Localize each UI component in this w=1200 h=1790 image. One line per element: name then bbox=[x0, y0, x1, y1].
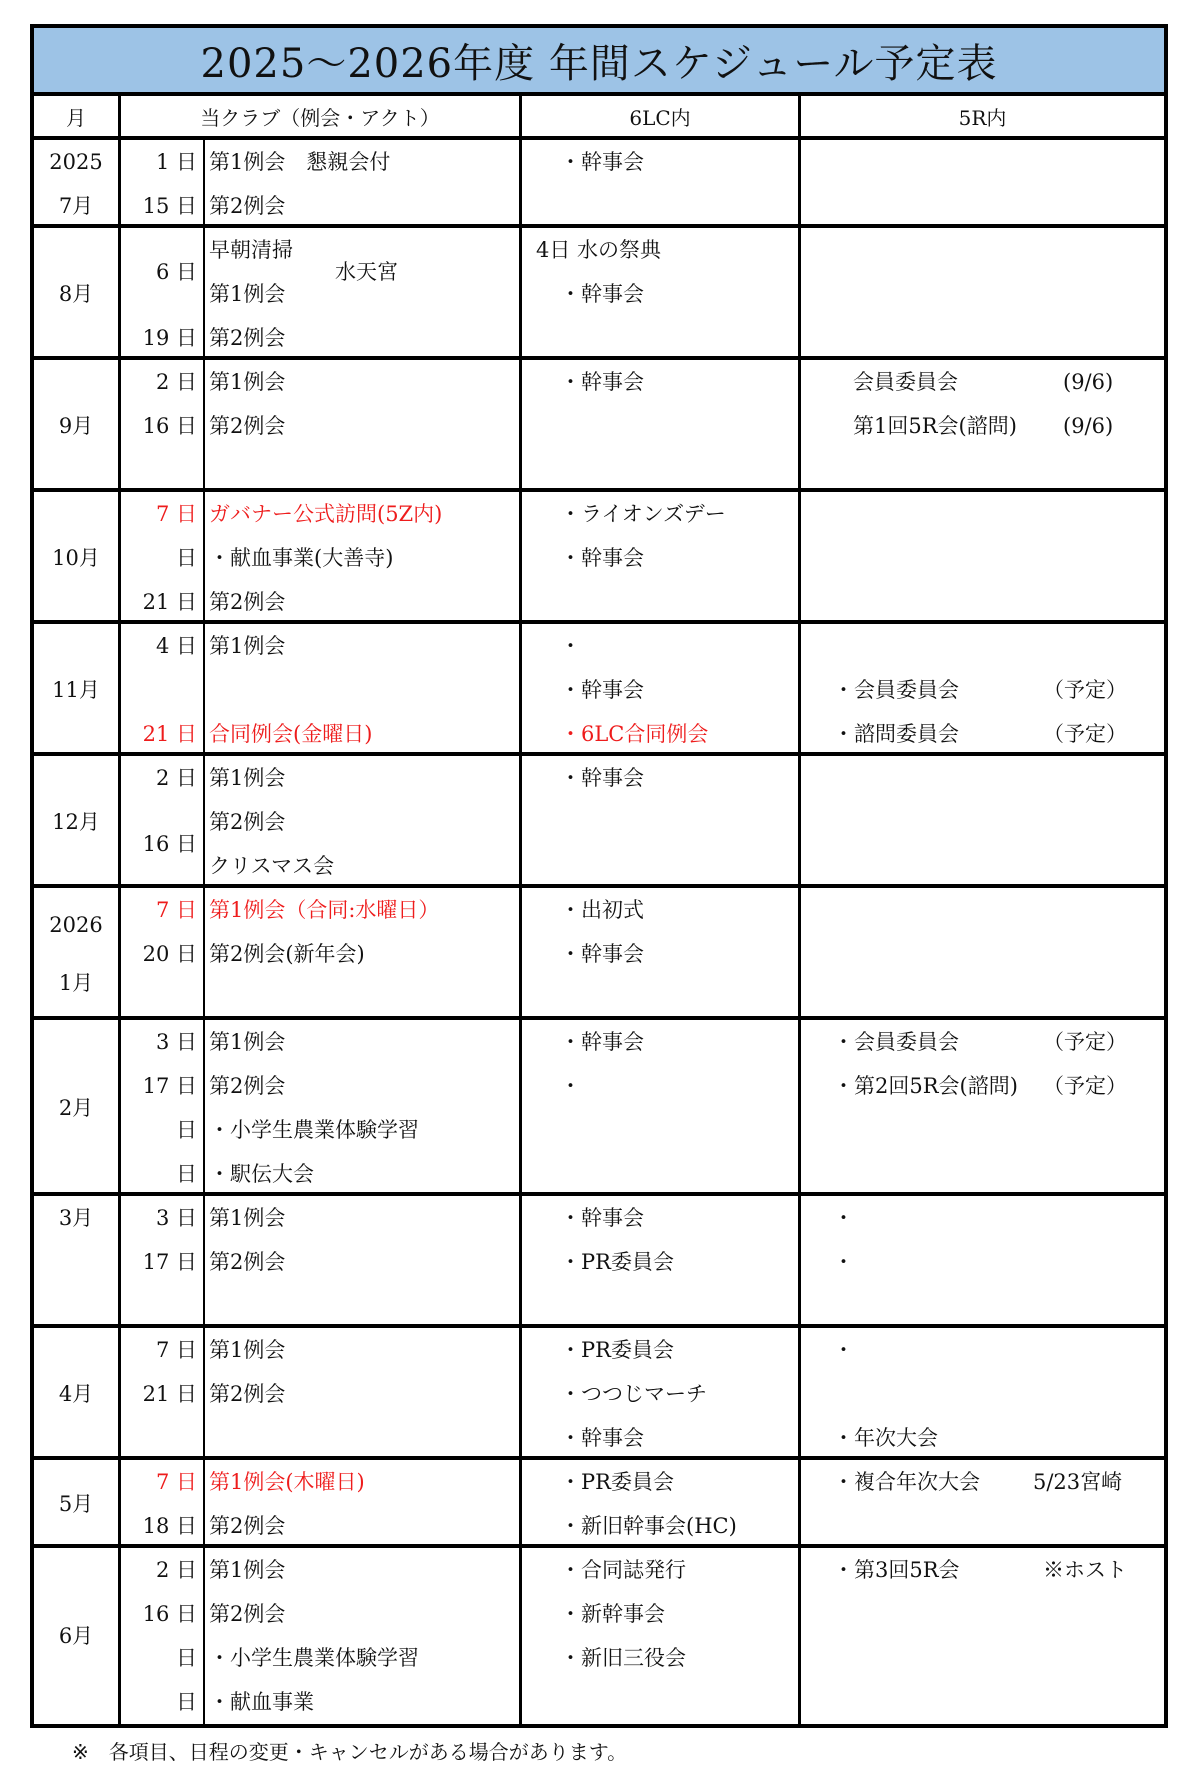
lc-item: ・ライオンズデー bbox=[522, 492, 798, 536]
event-cell: 第1例会(木曜日)第2例会 bbox=[203, 1460, 519, 1548]
month-label-cell: 6月 bbox=[34, 1548, 118, 1724]
r5-cell bbox=[798, 888, 1164, 1020]
r5-item-label: 会員委員会 bbox=[853, 360, 1063, 404]
event-date: 3 日 bbox=[121, 1020, 203, 1064]
club-event: 第2例会 bbox=[205, 184, 519, 228]
lc-cell: ・合同誌発行・新幹事会・新旧三役会 bbox=[519, 1548, 798, 1724]
lc-item: ・出初式 bbox=[522, 888, 798, 932]
month-label: 2026 bbox=[49, 903, 102, 947]
lc-item: ・新旧幹事会(HC) bbox=[522, 1504, 798, 1548]
club-event bbox=[205, 448, 519, 492]
event-date bbox=[121, 1284, 203, 1328]
club-event: 第1例会 bbox=[205, 360, 519, 404]
event-date bbox=[121, 448, 203, 492]
club-event: 第2例会 bbox=[205, 1240, 519, 1284]
lc-item: ・幹事会 bbox=[522, 1416, 798, 1460]
r5-item-note: （予定） bbox=[1043, 1020, 1127, 1064]
lc-item: ・幹事会 bbox=[522, 536, 798, 580]
month-row: 11月4 日21 日第1例会合同例会(金曜日)・・幹事会・6LC合同例会・会員委… bbox=[34, 624, 1164, 756]
r5-cell: ・・ bbox=[798, 1196, 1164, 1328]
lc-cell: 4日 水の祭典・幹事会 bbox=[519, 228, 798, 360]
month-label-cell: 4月 bbox=[34, 1328, 118, 1460]
month-label-cell: 9月 bbox=[34, 360, 118, 492]
lc-item: ・PR委員会 bbox=[522, 1328, 798, 1372]
lc-item bbox=[522, 1680, 798, 1724]
event-date: 16 日 bbox=[121, 404, 203, 448]
month-label: 6月 bbox=[59, 1614, 93, 1658]
club-event: ・駅伝大会 bbox=[205, 1152, 519, 1196]
r5-item-note: （予定） bbox=[1043, 1064, 1127, 1108]
club-event bbox=[205, 668, 519, 712]
lc-item: ・幹事会 bbox=[522, 360, 798, 404]
month-row: 3月3 日17 日第1例会第2例会・幹事会・PR委員会・・ bbox=[34, 1196, 1164, 1328]
header-6lc: 6LC内 bbox=[519, 96, 798, 136]
r5-cell bbox=[798, 492, 1164, 624]
date-cell: 7 日21 日 bbox=[118, 1328, 203, 1460]
r5-item-label: ・複合年次大会 bbox=[833, 1460, 1033, 1504]
club-event: 第1例会 bbox=[205, 1548, 519, 1592]
r5-item-label: 第1回5R会(諮問) bbox=[853, 404, 1063, 448]
r5-item-label: ・年次大会 bbox=[833, 1416, 1043, 1460]
event-date: 2 日 bbox=[121, 1548, 203, 1592]
club-event: ガバナー公式訪問(5Z内) bbox=[205, 492, 519, 536]
r5-item-label: ・ bbox=[833, 1240, 1043, 1284]
r5-item bbox=[801, 1372, 1164, 1416]
lc-item: ・幹事会 bbox=[522, 756, 798, 800]
club-event: 第1例会 bbox=[205, 624, 519, 668]
lc-item bbox=[522, 1108, 798, 1152]
month-label: 2025 bbox=[49, 140, 102, 184]
r5-item: ・会員委員会（予定） bbox=[801, 1020, 1164, 1064]
month-label-cell: 2月 bbox=[34, 1020, 118, 1196]
lc-item: ・6LC合同例会 bbox=[522, 712, 798, 756]
club-event: 第1例会 bbox=[205, 756, 519, 800]
r5-item-label: ・ bbox=[833, 1328, 1043, 1372]
month-label: 5月 bbox=[59, 1482, 93, 1526]
club-event bbox=[205, 976, 519, 1020]
lc-item bbox=[522, 580, 798, 624]
month-label: 9月 bbox=[59, 404, 93, 448]
event-date: 2 日 bbox=[121, 756, 203, 800]
event-cell: 第1例会第2例会 bbox=[203, 1196, 519, 1328]
event-date: 16 日 bbox=[121, 822, 203, 866]
month-label-cell: 3月 bbox=[34, 1196, 118, 1328]
event-date: 16 日 bbox=[121, 1592, 203, 1636]
r5-item: ・第3回5R会※ホスト bbox=[801, 1548, 1164, 1592]
event-date: 6 日 bbox=[121, 250, 203, 294]
club-event: 第1例会(木曜日) bbox=[205, 1460, 519, 1504]
event-date: 日 bbox=[121, 1680, 203, 1724]
club-event: 第2例会 bbox=[205, 404, 519, 448]
month-rows: 20257月1 日15 日第1例会 懇親会付第2例会・幹事会8月6 日19 日早… bbox=[34, 140, 1164, 1724]
event-date: 日 bbox=[121, 1108, 203, 1152]
r5-item-label: ・会員委員会 bbox=[833, 1020, 1043, 1064]
lc-cell: ・幹事会 bbox=[519, 756, 798, 888]
club-event: 第2例会 bbox=[205, 580, 519, 624]
club-event: 第1例会 bbox=[205, 1020, 519, 1064]
event-location-note: 水天宮 bbox=[335, 250, 398, 294]
event-date: 1 日 bbox=[121, 140, 203, 184]
event-cell: 第1例会第2例会・小学生農業体験学習・献血事業 bbox=[203, 1548, 519, 1724]
lc-cell: ・PR委員会・つつじマーチ・幹事会 bbox=[519, 1328, 798, 1460]
date-cell: 6 日19 日 bbox=[118, 228, 203, 360]
month-label-cell: 5月 bbox=[34, 1460, 118, 1548]
club-event: 第2例会 bbox=[205, 316, 519, 360]
month-row: 20257月1 日15 日第1例会 懇親会付第2例会・幹事会 bbox=[34, 140, 1164, 228]
month-row: 9月2 日16 日第1例会第2例会・幹事会会員委員会(9/6)第1回5R会(諮問… bbox=[34, 360, 1164, 492]
event-date: 2 日 bbox=[121, 360, 203, 404]
event-date: 4 日 bbox=[121, 624, 203, 668]
club-event: 第1例会 bbox=[205, 1196, 519, 1240]
event-date bbox=[121, 976, 203, 1020]
r5-item-label: ・ bbox=[833, 1196, 1043, 1240]
month-label: 10月 bbox=[52, 536, 100, 580]
header-club: 当クラブ（例会・アクト） bbox=[118, 96, 519, 136]
club-event: 第2例会 bbox=[205, 1504, 519, 1548]
event-date: 日 bbox=[121, 1636, 203, 1680]
event-date: 19 日 bbox=[121, 316, 203, 360]
r5-item: ・ bbox=[801, 1240, 1164, 1284]
r5-item: ・諮問委員会（予定） bbox=[801, 712, 1164, 756]
month-row: 20261月7 日20 日第1例会（合同:水曜日）第2例会(新年会)・出初式・幹… bbox=[34, 888, 1164, 1020]
event-date bbox=[121, 668, 203, 712]
club-event: ・小学生農業体験学習 bbox=[205, 1636, 519, 1680]
month-label: 1月 bbox=[59, 961, 93, 1005]
month-label-cell: 12月 bbox=[34, 756, 118, 888]
lc-item bbox=[522, 1152, 798, 1196]
month-label-cell: 20257月 bbox=[34, 140, 118, 228]
r5-cell: ・・年次大会 bbox=[798, 1328, 1164, 1460]
lc-item: ・PR委員会 bbox=[522, 1240, 798, 1284]
date-cell: 2 日16 日日日 bbox=[118, 1548, 203, 1724]
event-cell: 第1例会合同例会(金曜日) bbox=[203, 624, 519, 756]
club-event: ・献血事業(大善寺) bbox=[205, 536, 519, 580]
month-row: 5月7 日18 日第1例会(木曜日)第2例会・PR委員会・新旧幹事会(HC)・複… bbox=[34, 1460, 1164, 1548]
lc-item: ・幹事会 bbox=[522, 272, 798, 316]
lc-cell: ・・幹事会・6LC合同例会 bbox=[519, 624, 798, 756]
lc-cell: ・幹事会 bbox=[519, 360, 798, 492]
lc-cell: ・幹事会 bbox=[519, 140, 798, 228]
lc-item: ・PR委員会 bbox=[522, 1460, 798, 1504]
club-event: 合同例会(金曜日) bbox=[205, 712, 519, 756]
r5-item: 第1回5R会(諮問)(9/6) bbox=[801, 404, 1164, 448]
r5-item-note: 5/23宮崎 bbox=[1033, 1460, 1122, 1504]
footnote: ※ 各項目、日程の変更・キャンセルがある場合があります。 bbox=[72, 1736, 627, 1765]
r5-item: ・複合年次大会5/23宮崎 bbox=[801, 1460, 1164, 1504]
schedule-table: 2025〜2026年度 年間スケジュール予定表 月 当クラブ（例会・アクト） 6… bbox=[30, 24, 1168, 1728]
month-label-cell: 8月 bbox=[34, 228, 118, 360]
event-date: 21 日 bbox=[121, 1372, 203, 1416]
club-event: ・献血事業 bbox=[205, 1680, 519, 1724]
lc-item bbox=[522, 184, 798, 228]
club-event: 第1例会 懇親会付 bbox=[205, 140, 519, 184]
lc-item: ・ bbox=[522, 624, 798, 668]
r5-item: ・ bbox=[801, 1196, 1164, 1240]
date-cell: 7 日20 日 bbox=[118, 888, 203, 1020]
r5-item: ・ bbox=[801, 1328, 1164, 1372]
event-date: 18 日 bbox=[121, 1504, 203, 1548]
lc-item bbox=[522, 976, 798, 1020]
event-date: 17 日 bbox=[121, 1064, 203, 1108]
month-row: 4月7 日21 日第1例会第2例会・PR委員会・つつじマーチ・幹事会・・年次大会 bbox=[34, 1328, 1164, 1460]
club-event: 第1例会（合同:水曜日） bbox=[205, 888, 519, 932]
r5-item-note: （予定） bbox=[1043, 712, 1127, 756]
month-label-cell: 20261月 bbox=[34, 888, 118, 1020]
lc-item: ・幹事会 bbox=[522, 140, 798, 184]
r5-item: ・年次大会 bbox=[801, 1416, 1164, 1460]
month-label: 11月 bbox=[52, 668, 100, 712]
event-cell: 早朝清掃第1例会第2例会水天宮 bbox=[203, 228, 519, 360]
r5-item: 会員委員会(9/6) bbox=[801, 360, 1164, 404]
r5-item-note: (9/6) bbox=[1063, 360, 1113, 404]
lc-item: ・幹事会 bbox=[522, 1196, 798, 1240]
lc-item: ・ bbox=[522, 1064, 798, 1108]
r5-cell: ・会員委員会（予定）・第2回5R会(諮問)（予定） bbox=[798, 1020, 1164, 1196]
event-date: 17 日 bbox=[121, 1240, 203, 1284]
r5-item: ・第2回5R会(諮問)（予定） bbox=[801, 1064, 1164, 1108]
lc-item bbox=[522, 448, 798, 492]
r5-item-label: ・会員委員会 bbox=[833, 668, 1043, 712]
event-date: 7 日 bbox=[121, 1328, 203, 1372]
club-event bbox=[205, 1284, 519, 1328]
month-label: 8月 bbox=[59, 272, 93, 316]
event-date: 20 日 bbox=[121, 932, 203, 976]
date-cell: 3 日17 日 bbox=[118, 1196, 203, 1328]
r5-cell bbox=[798, 228, 1164, 360]
month-label: 7月 bbox=[59, 184, 93, 228]
date-cell: 7 日18 日 bbox=[118, 1460, 203, 1548]
lc-item: ・幹事会 bbox=[522, 932, 798, 976]
event-cell: 第1例会第2例会クリスマス会 bbox=[203, 756, 519, 888]
r5-item-label bbox=[833, 624, 1043, 668]
event-date bbox=[121, 1416, 203, 1460]
lc-item: ・幹事会 bbox=[522, 668, 798, 712]
event-date: 日 bbox=[121, 1152, 203, 1196]
event-cell: ガバナー公式訪問(5Z内)・献血事業(大善寺)第2例会 bbox=[203, 492, 519, 624]
lc-cell: ・PR委員会・新旧幹事会(HC) bbox=[519, 1460, 798, 1548]
event-cell: 第1例会第2例会 bbox=[203, 360, 519, 492]
club-event: 第2例会(新年会) bbox=[205, 932, 519, 976]
lc-item bbox=[522, 316, 798, 360]
event-cell: 第1例会 懇親会付第2例会 bbox=[203, 140, 519, 228]
event-cell: 第1例会（合同:水曜日）第2例会(新年会) bbox=[203, 888, 519, 1020]
month-row: 12月2 日16 日16 日第1例会第2例会クリスマス会・幹事会 bbox=[34, 756, 1164, 888]
lc-item: ・合同誌発行 bbox=[522, 1548, 798, 1592]
club-event: クリスマス会 bbox=[205, 844, 519, 888]
lc-cell: ・ライオンズデー・幹事会 bbox=[519, 492, 798, 624]
date-cell: 4 日21 日 bbox=[118, 624, 203, 756]
event-date: 7 日 bbox=[121, 1460, 203, 1504]
date-cell: 2 日16 日16 日 bbox=[118, 756, 203, 888]
r5-item-note: （予定） bbox=[1043, 668, 1127, 712]
header-5r: 5R内 bbox=[798, 96, 1164, 136]
date-cell: 2 日16 日 bbox=[118, 360, 203, 492]
event-date: 7 日 bbox=[121, 492, 203, 536]
month-label: 4月 bbox=[59, 1372, 93, 1416]
lc-cell: ・幹事会・ bbox=[519, 1020, 798, 1196]
month-row: 6月2 日16 日日日第1例会第2例会・小学生農業体験学習・献血事業・合同誌発行… bbox=[34, 1548, 1164, 1724]
event-date: 3 日 bbox=[121, 1196, 203, 1240]
event-date: 21 日 bbox=[121, 580, 203, 624]
club-event bbox=[205, 1416, 519, 1460]
month-label: 3月 bbox=[59, 1196, 93, 1240]
event-cell: 第1例会第2例会・小学生農業体験学習・駅伝大会 bbox=[203, 1020, 519, 1196]
lc-item: ・新旧三役会 bbox=[522, 1636, 798, 1680]
lc-item: 4日 水の祭典 bbox=[522, 228, 798, 272]
r5-item-label: ・諮問委員会 bbox=[833, 712, 1043, 756]
lc-cell: ・幹事会・PR委員会 bbox=[519, 1196, 798, 1328]
header-month: 月 bbox=[34, 96, 118, 136]
r5-item-label: ・第2回5R会(諮問) bbox=[833, 1064, 1043, 1108]
lc-item bbox=[522, 800, 798, 844]
club-event: 第2例会 bbox=[205, 800, 519, 844]
event-date: 15 日 bbox=[121, 184, 203, 228]
r5-cell: 会員委員会(9/6)第1回5R会(諮問)(9/6) bbox=[798, 360, 1164, 492]
lc-item: ・幹事会 bbox=[522, 1020, 798, 1064]
date-cell: 7 日日21 日 bbox=[118, 492, 203, 624]
event-date: 日 bbox=[121, 536, 203, 580]
page-title: 2025〜2026年度 年間スケジュール予定表 bbox=[34, 28, 1164, 96]
r5-item-label bbox=[833, 1372, 1043, 1416]
month-label: 12月 bbox=[52, 800, 100, 844]
lc-item: ・新幹事会 bbox=[522, 1592, 798, 1636]
r5-cell bbox=[798, 140, 1164, 228]
lc-cell: ・出初式・幹事会 bbox=[519, 888, 798, 1020]
club-event: ・小学生農業体験学習 bbox=[205, 1108, 519, 1152]
month-label-cell: 11月 bbox=[34, 624, 118, 756]
r5-item: ・会員委員会（予定） bbox=[801, 668, 1164, 712]
date-cell: 1 日15 日 bbox=[118, 140, 203, 228]
club-event: 第1例会 bbox=[205, 1328, 519, 1372]
month-label: 2月 bbox=[59, 1086, 93, 1130]
header-row: 月 当クラブ（例会・アクト） 6LC内 5R内 bbox=[34, 96, 1164, 140]
club-event: 第2例会 bbox=[205, 1372, 519, 1416]
r5-cell: ・第3回5R会※ホスト bbox=[798, 1548, 1164, 1724]
month-row: 10月7 日日21 日ガバナー公式訪問(5Z内)・献血事業(大善寺)第2例会・ラ… bbox=[34, 492, 1164, 624]
lc-item bbox=[522, 844, 798, 888]
month-row: 8月6 日19 日早朝清掃第1例会第2例会水天宮4日 水の祭典・幹事会 bbox=[34, 228, 1164, 360]
r5-item-label: ・第3回5R会 bbox=[833, 1548, 1043, 1592]
lc-item bbox=[522, 1284, 798, 1328]
r5-item-note: ※ホスト bbox=[1043, 1548, 1127, 1592]
event-date: 7 日 bbox=[121, 888, 203, 932]
event-cell: 第1例会第2例会 bbox=[203, 1328, 519, 1460]
date-cell: 3 日17 日日日 bbox=[118, 1020, 203, 1196]
lc-item: ・つつじマーチ bbox=[522, 1372, 798, 1416]
r5-cell: ・複合年次大会5/23宮崎 bbox=[798, 1460, 1164, 1548]
event-date: 21 日 bbox=[121, 712, 203, 756]
club-event: 第2例会 bbox=[205, 1592, 519, 1636]
r5-item bbox=[801, 624, 1164, 668]
month-row: 2月3 日17 日日日第1例会第2例会・小学生農業体験学習・駅伝大会・幹事会・・… bbox=[34, 1020, 1164, 1196]
r5-cell bbox=[798, 756, 1164, 888]
club-event: 第2例会 bbox=[205, 1064, 519, 1108]
month-label-cell: 10月 bbox=[34, 492, 118, 624]
r5-item-note: (9/6) bbox=[1063, 404, 1113, 448]
lc-item bbox=[522, 404, 798, 448]
r5-cell: ・会員委員会（予定）・諮問委員会（予定） bbox=[798, 624, 1164, 756]
